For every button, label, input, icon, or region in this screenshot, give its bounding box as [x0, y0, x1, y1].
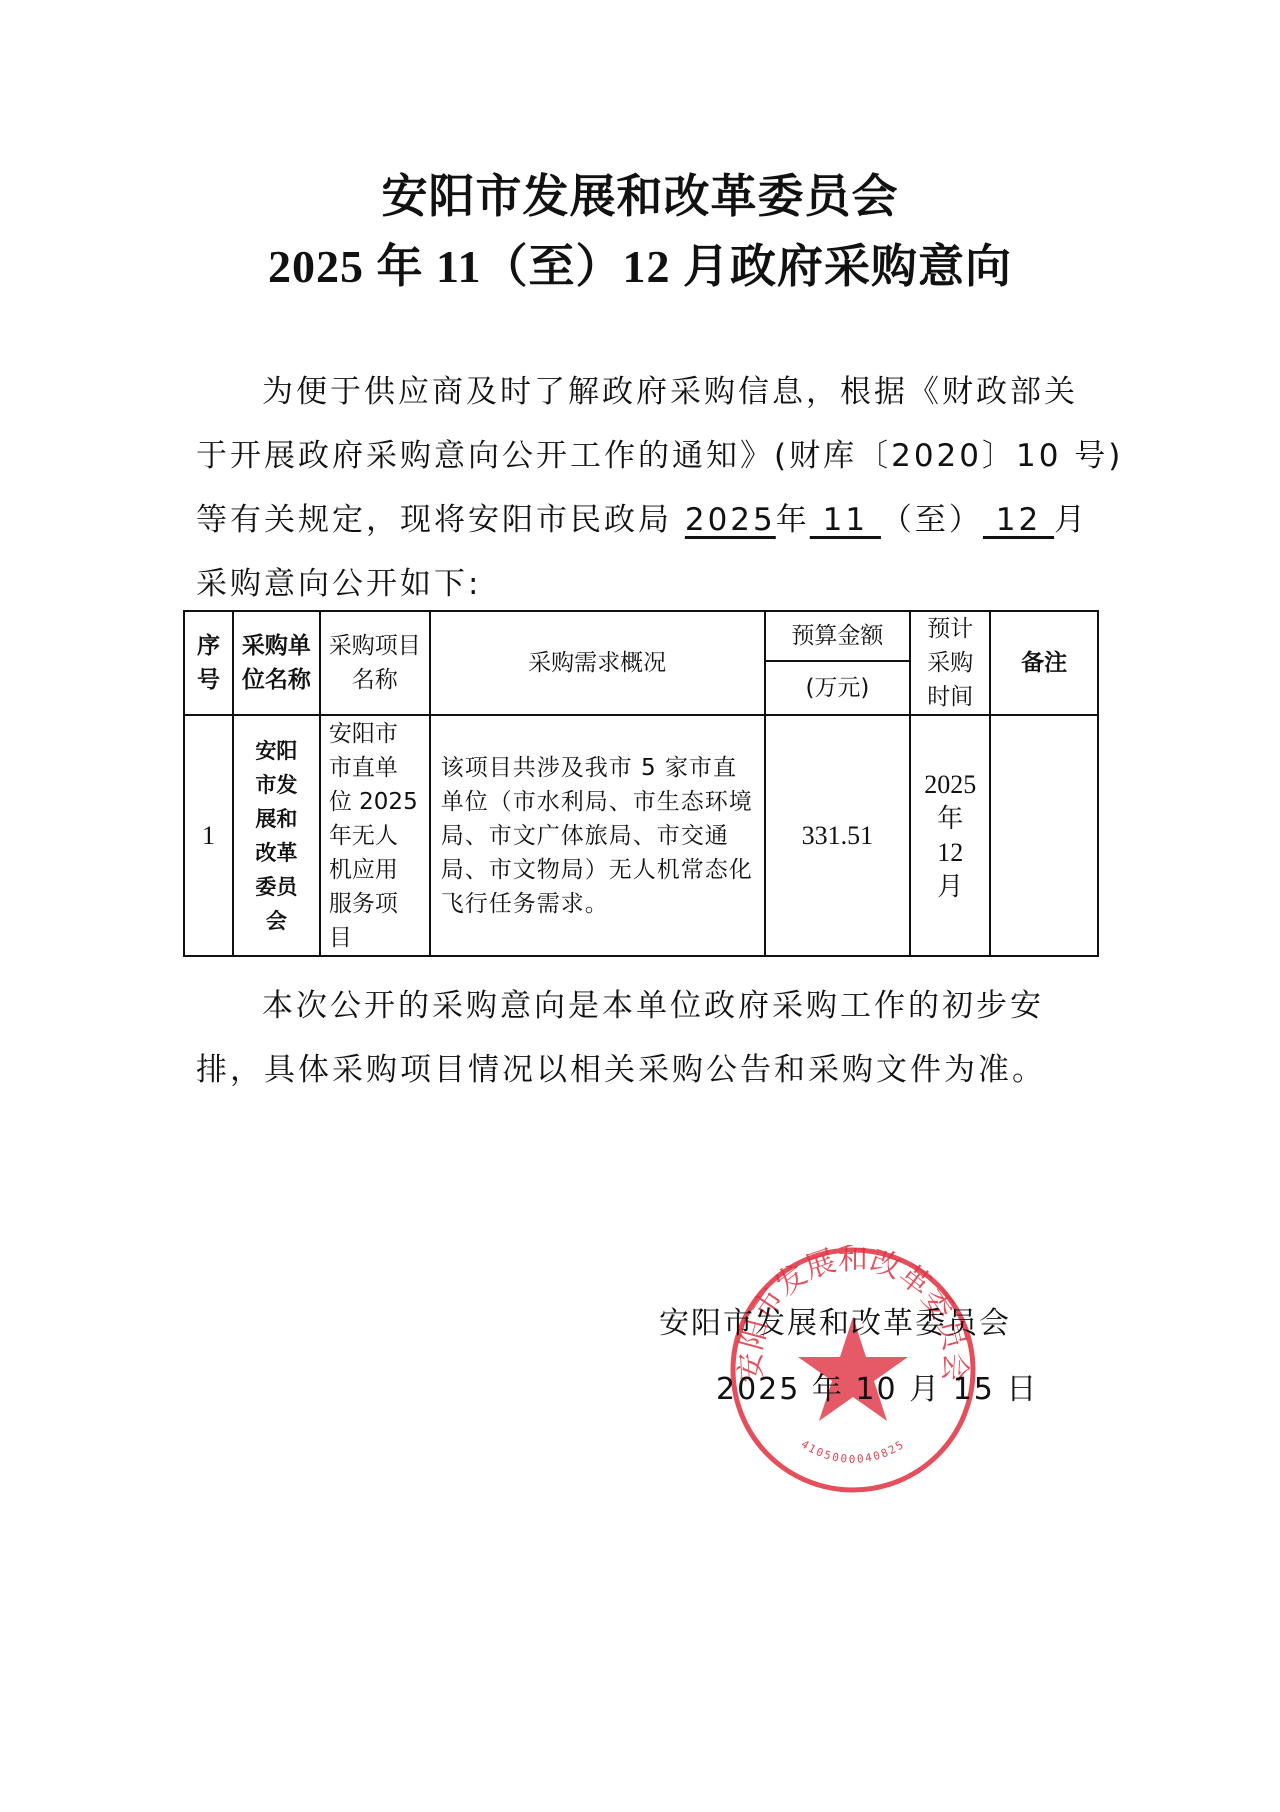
table-row: 1 安阳市发展和改革委员会 安阳市市直单位 2025 年无人机应用服务项目 该项… [184, 715, 1098, 956]
intro-year-suffix: 年 [776, 502, 810, 538]
cell-project: 安阳市市直单位 2025 年无人机应用服务项目 [320, 715, 430, 956]
header-seq: 序号 [184, 611, 233, 715]
closing-line2: 排，具体采购项目情况以相关采购公告和采购文件为准。 [196, 1044, 1046, 1089]
cell-time: 2025 年 12 月 [910, 715, 990, 956]
intro-line2: 于开展政府采购意向公开工作的通知》(财库〔2020〕10 号) [196, 430, 1123, 475]
intro-month-suffix: 月 [1054, 502, 1088, 538]
cell-remark [990, 715, 1098, 956]
cell-budget: 331.51 [765, 715, 911, 956]
cell-seq: 1 [184, 715, 233, 956]
header-remark: 备注 [990, 611, 1098, 715]
intro-month-to: 12 [983, 502, 1054, 538]
header-requirement: 采购需求概况 [430, 611, 765, 715]
document-title-line2: 2025 年 11（至）12 月政府采购意向 [0, 230, 1280, 296]
intro-line3-prefix: 等有关规定，现将安阳市民政局 [196, 502, 685, 538]
seal-code: 4105000040825 [799, 1437, 908, 1465]
signature-org: 安阳市发展和改革委员会 [659, 1298, 1011, 1342]
intro-line1: 为便于供应商及时了解政府采购信息，根据《财政部关 [262, 366, 1078, 411]
document-title-line1: 安阳市发展和改革委员会 [0, 160, 1280, 226]
header-project: 采购项目名称 [320, 611, 430, 715]
intro-month-from: 11 [810, 502, 881, 538]
signature-date: 2025 年 10 月 15 日 [716, 1364, 1038, 1408]
cell-unit: 安阳市发展和改革委员会 [233, 715, 320, 956]
header-budget: 预算金额 [765, 611, 911, 661]
intro-line4: 采购意向公开如下: [196, 558, 481, 603]
intro-year: 2025 [685, 502, 776, 538]
header-time: 预计采购时间 [910, 611, 990, 715]
procurement-table: 序号 采购单位名称 采购项目名称 采购需求概况 预算金额 预计采购时间 备注 (… [183, 610, 1099, 957]
header-unit: 采购单位名称 [233, 611, 320, 715]
header-budget-unit: (万元) [765, 661, 911, 715]
intro-to: （至） [881, 502, 983, 538]
closing-line1: 本次公开的采购意向是本单位政府采购工作的初步安 [262, 980, 1044, 1025]
cell-requirement: 该项目共涉及我市 5 家市直单位（市水利局、市生态环境局、市文广体旅局、市交通局… [430, 715, 765, 956]
intro-line3: 等有关规定，现将安阳市民政局 2025年 11 （至） 12 月 [196, 494, 1088, 539]
